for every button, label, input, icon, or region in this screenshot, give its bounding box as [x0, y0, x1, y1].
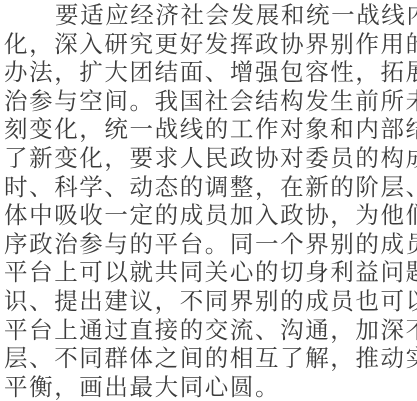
text-line: 办法，扩大团结面、增强包容性，拓展有序政	[4, 58, 416, 87]
text-line: 治参与空间。我国社会结构发生前所未有的深	[4, 87, 416, 116]
text-line: 化，深入研究更好发挥政协界别作用的思路和	[4, 30, 416, 59]
text-line: 了新变化，要求人民政协对委员的构成作出及	[4, 144, 416, 173]
text-line: 识、提出建议，不同界别的成员也可以在政协	[4, 287, 416, 316]
text-line: 平台上可以就共同关心的切身利益问题形成共	[4, 258, 416, 287]
text-line: 时、科学、动态的调整，在新的阶层、新的群	[4, 173, 416, 202]
text-line: 层、不同群体之间的相互了解，推动实现利益	[4, 344, 416, 373]
text-line: 刻变化，统一战线的工作对象和内部结构也有	[4, 115, 416, 144]
text-line: 要适应经济社会发展和统一战线内部结构变	[4, 1, 416, 30]
text-line: 序政治参与的平台。同一个界别的成员在政协	[4, 230, 416, 259]
text-line: 体中吸收一定的成员加入政协，为他们提供有	[4, 201, 416, 230]
article-paragraph: 要适应经济社会发展和统一战线内部结构变 化，深入研究更好发挥政协界别作用的思路和…	[4, 1, 416, 375]
text-line: 平台上通过直接的交流、沟通，加深不同阶	[4, 316, 416, 345]
